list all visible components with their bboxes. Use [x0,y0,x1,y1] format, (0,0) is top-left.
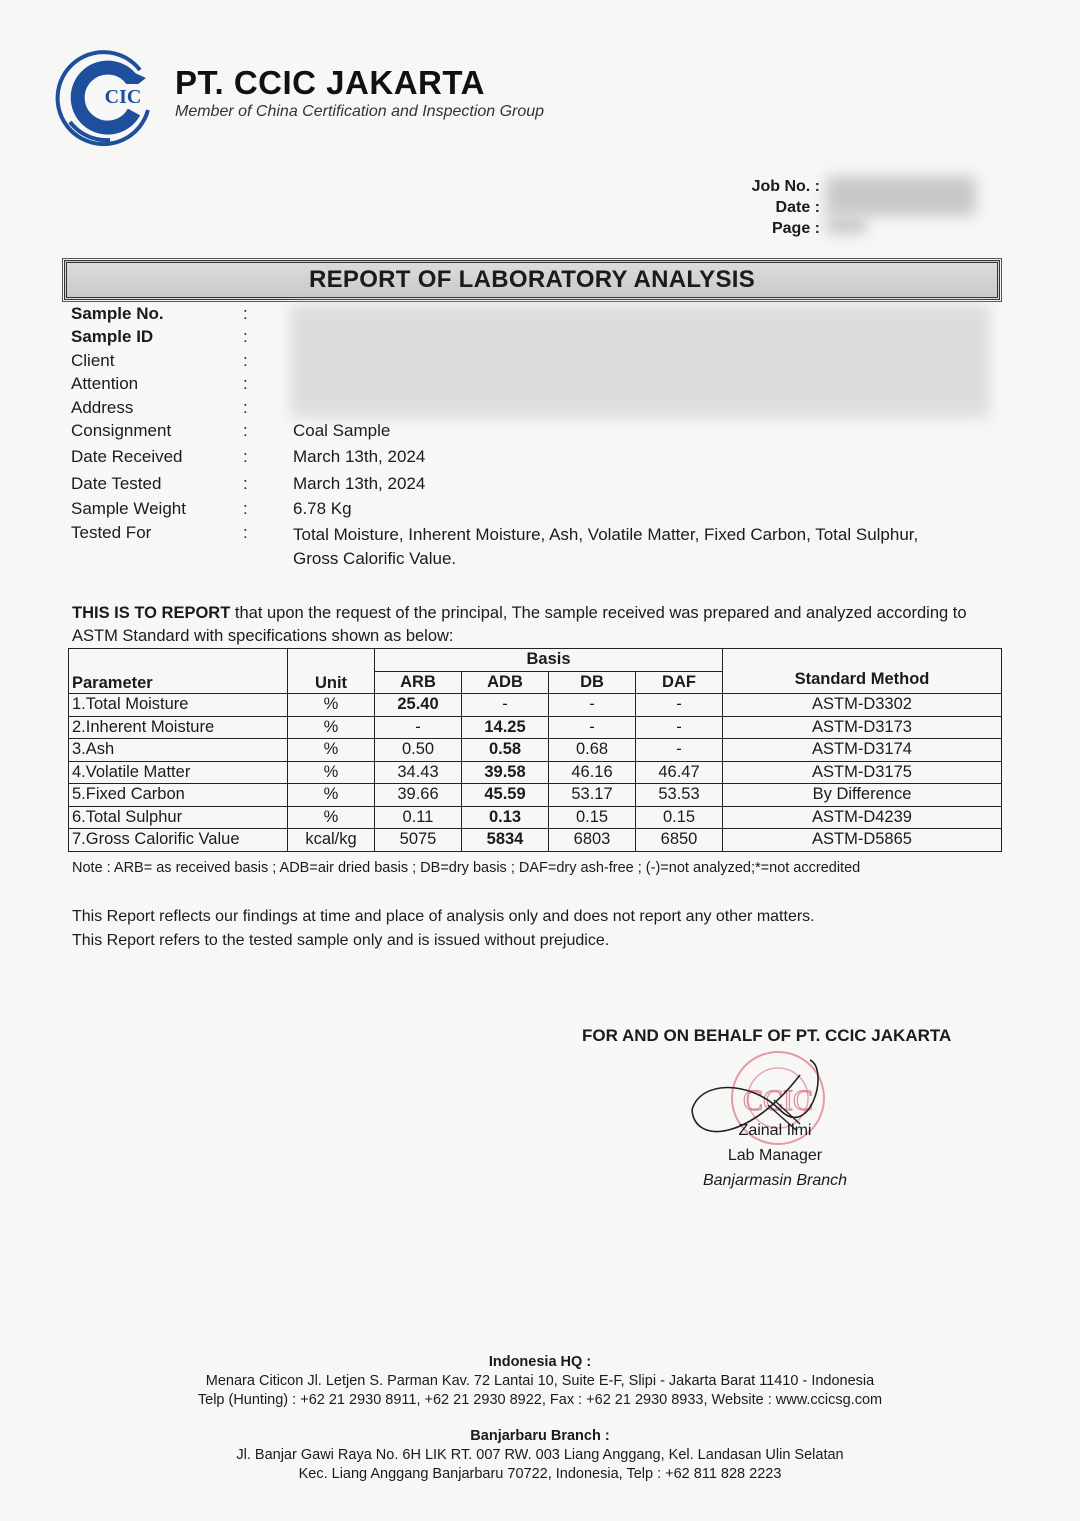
cell-db: - [549,694,636,717]
cell-method: ASTM-D3173 [723,716,1002,739]
cell-adb: - [462,694,549,717]
cell-adb: 39.58 [462,761,549,784]
cell-unit: % [288,739,375,762]
header-unit: Unit [288,649,375,694]
cell-unit: kcal/kg [288,829,375,852]
cell-parameter: 7.Gross Calorific Value [69,829,288,852]
signer-name: Zainal Ilmi [655,1118,895,1143]
date-label: Date : [700,197,820,218]
info-label: Attention [71,374,241,394]
company-logo: CIC [50,40,160,150]
header-arb: ARB [375,671,462,694]
cell-daf: 46.47 [636,761,723,784]
report-title: REPORT OF LABORATORY ANALYSIS [64,260,1000,300]
table-row: 5.Fixed Carbon%39.6645.5953.1753.53By Di… [69,784,1002,807]
footer-hq: Indonesia HQ : Menara Citicon Jl. Letjen… [100,1353,980,1410]
job-no-label: Job No. : [700,176,820,197]
info-label: Tested For [71,523,241,543]
cell-parameter: 1.Total Moisture [69,694,288,717]
info-label: Address [71,398,241,418]
cell-arb: 25.40 [375,694,462,717]
redacted-page-info [826,216,866,234]
company-name: PT. CCIC JAKARTA [175,64,485,102]
cell-method: ASTM-D5865 [723,829,1002,852]
signer-title: Lab Manager [655,1143,895,1168]
info-label: Sample ID [71,327,241,347]
cell-adb: 0.13 [462,806,549,829]
cell-db: 6803 [549,829,636,852]
table-note: Note : ARB= as received basis ; ADB=air … [72,860,860,876]
cell-adb: 14.25 [462,716,549,739]
info-value: March 13th, 2024 [293,474,991,494]
cell-method: ASTM-D4239 [723,806,1002,829]
header-method: Standard Method [723,649,1002,694]
cell-unit: % [288,784,375,807]
signer-block: Zainal Ilmi Lab Manager Banjarmasin Bran… [655,1118,895,1193]
cell-method: By Difference [723,784,1002,807]
cell-parameter: 6.Total Sulphur [69,806,288,829]
signer-branch: Banjarmasin Branch [655,1168,895,1193]
table-row: 7.Gross Calorific Valuekcal/kg5075583468… [69,829,1002,852]
info-label: Date Received [71,447,241,467]
cell-arb: 0.50 [375,739,462,762]
cell-adb: 45.59 [462,784,549,807]
header-adb: ADB [462,671,549,694]
cell-db: 53.17 [549,784,636,807]
redacted-job-info [826,176,976,216]
redacted-client-details [290,304,990,418]
table-row: 3.Ash%0.500.580.68-ASTM-D3174 [69,739,1002,762]
cell-unit: % [288,806,375,829]
cell-arb: 39.66 [375,784,462,807]
cell-db: - [549,716,636,739]
job-block: Job No. : Date : Page : [700,176,820,239]
info-value: March 13th, 2024 [293,447,991,467]
cell-db: 46.16 [549,761,636,784]
cell-parameter: 2.Inherent Moisture [69,716,288,739]
cell-adb: 5834 [462,829,549,852]
cell-daf: - [636,694,723,717]
cell-daf: - [636,739,723,762]
table-row: 6.Total Sulphur%0.110.130.150.15ASTM-D42… [69,806,1002,829]
cell-daf: 0.15 [636,806,723,829]
disclaimer: This Report reflects our findings at tim… [72,905,815,953]
results-table: Parameter Unit Basis Standard Method ARB… [68,648,1002,852]
intro-paragraph: THIS IS TO REPORT that upon the request … [72,602,972,648]
header-db: DB [549,671,636,694]
cell-arb: 34.43 [375,761,462,784]
cell-daf: 53.53 [636,784,723,807]
cell-arb: - [375,716,462,739]
cell-adb: 0.58 [462,739,549,762]
cell-db: 0.68 [549,739,636,762]
header-parameter: Parameter [69,649,288,694]
cell-arb: 0.11 [375,806,462,829]
info-label: Date Tested [71,474,241,494]
cell-unit: % [288,761,375,784]
cell-parameter: 4.Volatile Matter [69,761,288,784]
info-label: Consignment [71,421,241,441]
info-label: Sample Weight [71,499,241,519]
info-value: Coal Sample [293,421,991,441]
info-value: 6.78 Kg [293,499,991,519]
cell-method: ASTM-D3174 [723,739,1002,762]
cell-daf: 6850 [636,829,723,852]
info-label: Sample No. [71,304,241,324]
cell-method: ASTM-D3302 [723,694,1002,717]
info-row-tested-for: Tested For : Total Moisture, Inherent Mo… [71,521,991,571]
cell-db: 0.15 [549,806,636,829]
svg-text:CIC: CIC [105,86,142,108]
info-row-sample-weight: Sample Weight : 6.78 Kg [71,497,991,521]
table-row: 2.Inherent Moisture%-14.25--ASTM-D3173 [69,716,1002,739]
page-label: Page : [700,218,820,239]
cell-parameter: 5.Fixed Carbon [69,784,288,807]
cell-parameter: 3.Ash [69,739,288,762]
table-row: 1.Total Moisture%25.40---ASTM-D3302 [69,694,1002,717]
info-row-consignment: Consignment : Coal Sample [71,420,991,444]
info-label: Client [71,351,241,371]
cell-unit: % [288,694,375,717]
cell-method: ASTM-D3175 [723,761,1002,784]
cell-daf: - [636,716,723,739]
info-row-date-received: Date Received : March 13th, 2024 [71,443,991,470]
cell-unit: % [288,716,375,739]
company-subtitle: Member of China Certification and Inspec… [175,103,544,121]
behalf-text: FOR AND ON BEHALF OF PT. CCIC JAKARTA [582,1026,951,1046]
info-row-date-tested: Date Tested : March 13th, 2024 [71,470,991,497]
table-row: 4.Volatile Matter%34.4339.5846.1646.47AS… [69,761,1002,784]
header-daf: DAF [636,671,723,694]
footer-branch: Banjarbaru Branch : Jl. Banjar Gawi Raya… [100,1427,980,1484]
cell-arb: 5075 [375,829,462,852]
header-basis: Basis [375,649,723,672]
info-value: Total Moisture, Inherent Moisture, Ash, … [293,523,991,571]
